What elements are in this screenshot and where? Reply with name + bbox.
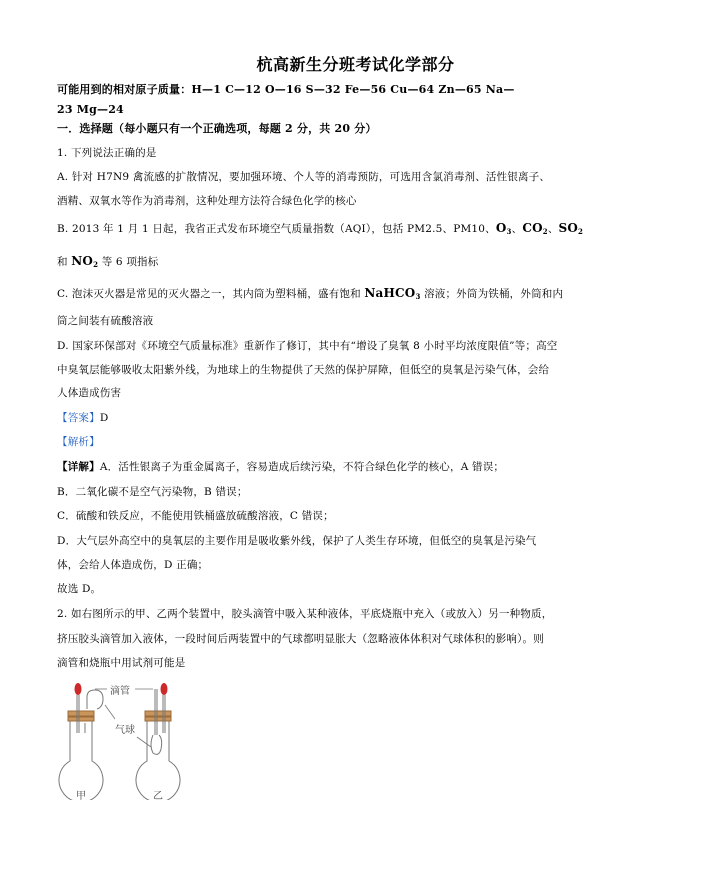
detail-label: 【详解】 — [57, 461, 100, 473]
formula-o3-base: O — [496, 221, 507, 235]
detail-a: 【详解】A．活性银离子为重金属离子，容易造成后续污染，不符合绿色化学的核心，A … — [57, 460, 504, 474]
apparatus-left — [59, 690, 103, 800]
q1-stem: 1. 下列说法正确的是 — [57, 146, 157, 160]
label-balloon: 气球 — [115, 721, 135, 736]
q1-option-c-line-1: C. 泡沫灭火器是常见的灭火器之一，其内筒为塑料桶，盛有饱和 NaHCO3 溶液… — [57, 286, 563, 304]
analysis-label: 【解析】 — [57, 435, 100, 449]
q2-line-1: 2. 如右图所示的甲、乙两个装置中，胶头滴管中吸入某种液体，平底烧瓶中充入（或放… — [57, 607, 552, 621]
q2-line-2: 挤压胶头滴管加入液体，一段时间后两装置中的气球都明显胀大（忽略液体体积对气球体积… — [57, 632, 544, 646]
conclusion: 故选 D。 — [57, 582, 101, 596]
q1-option-a-line-1: A. 针对 H7N9 禽流感的扩散情况，要加强环境、个人等的消毒预防，可选用含氯… — [57, 170, 550, 184]
label-left-jia: 甲 — [76, 787, 86, 802]
atomic-masses-line-2: 23 Mg—24 — [57, 103, 124, 117]
answer-value: D — [100, 412, 109, 424]
q2-line-3: 滴管和烧瓶中用试剂可能是 — [57, 656, 185, 670]
detail-c: C．硫酸和铁反应，不能使用铁桶盛放硫酸溶液，C 错误； — [57, 509, 334, 523]
detail-b: B．二氧化碳不是空气污染物，B 错误； — [57, 485, 248, 499]
apparatus-figure: 滴管 气球 甲 乙 — [55, 675, 205, 800]
q1-option-b-line-2: 和 NO2 等 6 项指标 — [57, 254, 158, 272]
flask-apparatus-diagram — [55, 675, 205, 800]
answer-row: 【答案】D — [57, 411, 108, 425]
formula-so2: SO2 — [559, 221, 584, 235]
atomic-masses-line-1: 可能用到的相对原子质量：H—1 C—12 O—16 S—32 Fe—56 Cu—… — [57, 83, 515, 97]
detail-a-text: A．活性银离子为重金属离子，容易造成后续污染，不符合绿色化学的核心，A 错误； — [100, 461, 504, 473]
formula-co2-base: CO — [522, 221, 542, 235]
separator: 、 — [548, 223, 559, 235]
page-title: 杭高新生分班考试化学部分 — [0, 52, 701, 75]
q1-option-b-post: 等 6 项指标 — [98, 256, 158, 268]
q1-option-d-line-1: D. 国家环保部对《环境空气质量标准》重新作了修订，其中有“增设了臭氧 8 小时… — [57, 339, 558, 353]
dropper-bulb-right — [161, 683, 168, 695]
q1-option-b-text: B. 2013 年 1 月 1 日起，我省正式发布环境空气质量指数（AQI），包… — [57, 223, 496, 235]
q1-option-a-line-2: 酒精、双氧水等作为消毒剂，这种处理方法符合绿色化学的核心 — [57, 194, 357, 208]
separator: 、 — [512, 223, 523, 235]
q1-option-b-pre: 和 — [57, 256, 71, 268]
formula-so2-sub: 2 — [578, 227, 583, 236]
q1-option-c-pre: C. 泡沫灭火器是常见的灭火器之一，其内筒为塑料桶，盛有饱和 — [57, 288, 364, 300]
formula-co2: CO2 — [522, 221, 547, 235]
formula-o3: O3 — [496, 221, 512, 235]
apparatus-right — [136, 689, 180, 800]
formula-no2-base: NO — [71, 254, 93, 268]
q1-option-c-line-2: 筒之间装有硫酸溶液 — [57, 314, 153, 328]
section-heading: 一．选择题（每小题只有一个正确选项，每题 2 分，共 20 分） — [57, 122, 377, 136]
dropper-bulb-left — [75, 683, 82, 695]
formula-so2-base: SO — [559, 221, 579, 235]
label-dropper: 滴管 — [110, 682, 130, 697]
formula-nahco3: NaHCO3 — [364, 286, 420, 300]
answer-label: 【答案】 — [57, 412, 100, 424]
q1-option-b-line-1: B. 2013 年 1 月 1 日起，我省正式发布环境空气质量指数（AQI），包… — [57, 221, 583, 239]
label-right-yi: 乙 — [153, 787, 163, 802]
formula-nahco3-base: NaHCO — [364, 286, 415, 300]
q1-option-d-line-3: 人体造成伤害 — [57, 386, 121, 400]
q1-option-c-post: 溶液；外筒为铁桶，外筒和内 — [421, 288, 564, 300]
formula-no2: NO2 — [71, 254, 98, 268]
q1-option-d-line-2: 中臭氧层能够吸收太阳紫外线，为地球上的生物提供了天然的保护屏障，但低空的臭氧是污… — [57, 363, 549, 377]
detail-d-line-2: 体，会给人体造成伤，D 正确； — [57, 558, 208, 572]
detail-d-line-1: D．大气层外高空中的臭氧层的主要作用是吸收紫外线，保护了人类生存环境，但低空的臭… — [57, 534, 536, 548]
